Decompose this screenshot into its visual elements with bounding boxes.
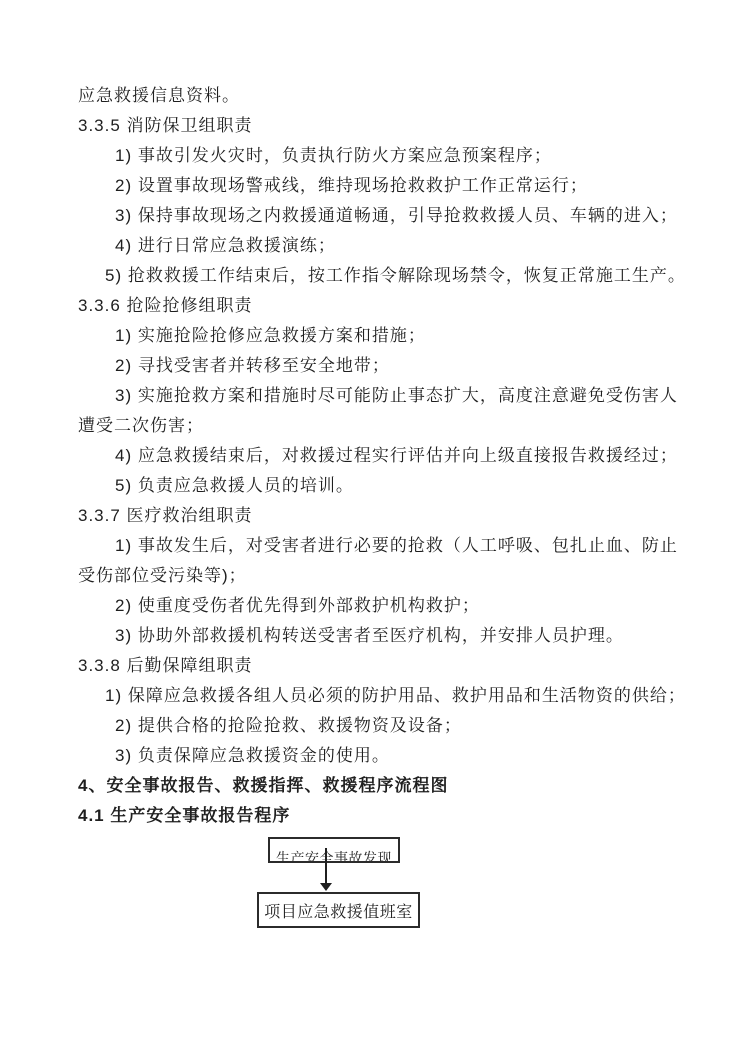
section-heading-3-3-7: 3.3.7 医疗救治组职责 (78, 501, 708, 531)
list-item: 1) 实施抢险抢修应急救援方案和措施； (78, 321, 708, 351)
paragraph-line: 应急救援信息资料。 (78, 81, 708, 111)
list-item: 2) 使重度受伤者优先得到外部救护机构救护； (78, 591, 708, 621)
flowchart-node-accident-occurs: 生产安全事故发现 (268, 837, 400, 863)
list-item: 5) 抢救救援工作结束后，按工作指令解除现场禁令，恢复正常施工生产。 (78, 261, 708, 291)
list-item: 2) 设置事故现场警戒线，维持现场抢救救护工作正常运行； (78, 171, 708, 201)
section-heading-3-3-6: 3.3.6 抢险抢修组职责 (78, 291, 708, 321)
list-item: 1) 事故发生后，对受害者进行必要的抢救（人工呼吸、包扎止血、防止 (78, 531, 708, 561)
list-item: 2) 提供合格的抢险抢救、救援物资及设备； (78, 711, 708, 741)
list-item: 3) 负责保障应急救援资金的使用。 (78, 741, 708, 771)
document-body: 应急救援信息资料。 3.3.5 消防保卫组职责 1) 事故引发火灾时，负责执行防… (78, 81, 708, 831)
list-item: 3) 实施抢救方案和措施时尽可能防止事态扩大，高度注意避免受伤害人 (78, 381, 708, 411)
list-item-continuation: 受伤部位受污染等)； (78, 561, 708, 591)
document-page: 应急救援信息资料。 3.3.5 消防保卫组职责 1) 事故引发火灾时，负责执行防… (0, 0, 744, 1052)
down-arrow-icon (320, 883, 332, 891)
list-item: 2) 寻找受害者并转移至安全地带； (78, 351, 708, 381)
list-item: 1) 保障应急救援各组人员必须的防护用品、救护用品和生活物资的供给； (78, 681, 708, 711)
section-heading-4-1: 4.1 生产安全事故报告程序 (78, 801, 708, 831)
flowchart-node-label: 项目应急救援值班室 (264, 899, 413, 922)
list-item: 1) 事故引发火灾时，负责执行防火方案应急预案程序； (78, 141, 708, 171)
flowchart-node-label: 生产安全事故发现 (270, 851, 398, 863)
list-item: 4) 应急救援结束后，对救援过程实行评估并向上级直接报告救援经过； (78, 441, 708, 471)
list-item-continuation: 遭受二次伤害； (78, 411, 708, 441)
list-item: 4) 进行日常应急救援演练； (78, 231, 708, 261)
down-arrow-line (325, 848, 327, 884)
list-item: 5) 负责应急救援人员的培训。 (78, 471, 708, 501)
section-heading-3-3-8: 3.3.8 后勤保障组职责 (78, 651, 708, 681)
list-item: 3) 协助外部救援机构转送受害者至医疗机构，并安排人员护理。 (78, 621, 708, 651)
flowchart-node-duty-room: 项目应急救援值班室 (257, 892, 420, 928)
section-heading-3-3-5: 3.3.5 消防保卫组职责 (78, 111, 708, 141)
section-heading-4: 4、安全事故报告、救援指挥、救援程序流程图 (78, 771, 708, 801)
list-item: 3) 保持事故现场之内救援通道畅通，引导抢救救援人员、车辆的进入； (78, 201, 708, 231)
